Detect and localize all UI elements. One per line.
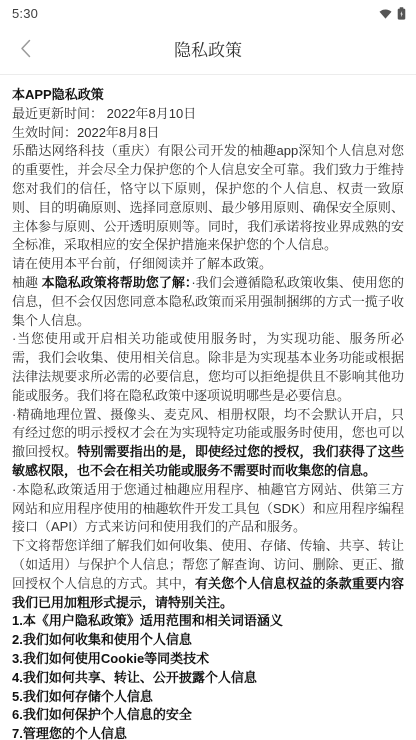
policy-paragraph: 请在使用本平台前，仔细阅读并了解本政策。: [12, 255, 404, 274]
policy-text-bold: 5.我们如何存储个人信息: [12, 689, 153, 704]
policy-paragraph: 乐酷达网络科技（重庆）有限公司开发的柚趣app深知个人信息对您的重要性，并会尽全…: [12, 142, 404, 255]
nav-bar: 隐私政策: [0, 23, 416, 75]
policy-text-bold: 本APP隐私政策: [12, 87, 104, 102]
policy-paragraph: 下文将帮您详细了解我们如何收集、使用、存储、传输、共享、转让（如适用）与保护个人…: [12, 537, 404, 612]
battery-charging-icon: [397, 7, 406, 20]
policy-paragraph: 柚趣 本隐私政策将帮助您了解：·我们会遵循隐私政策收集、使用您的信息，但不会仅因…: [12, 274, 404, 330]
policy-paragraph: 最近更新时间： 2022年8月10日: [12, 105, 404, 124]
policy-paragraph: 6.我们如何保护个人信息的安全: [12, 706, 404, 725]
policy-text: 最近更新时间： 2022年8月10日: [12, 106, 196, 121]
policy-paragraph: ·精确地理位置、摄像头、麦克风、相册权限，均不会默认开启，只有经过您的明示授权才…: [12, 406, 404, 481]
policy-text-bold: 7.管理您的个人信息: [12, 726, 127, 740]
back-button[interactable]: [12, 23, 40, 74]
policy-paragraph: 3.我们如何使用Cookie等同类技术: [12, 650, 404, 669]
policy-text: 乐酷达网络科技（重庆）有限公司开发的柚趣app深知个人信息对您的重要性，并会尽全…: [12, 143, 404, 252]
policy-paragraph: 1.本《用户隐私政策》适用范围和相关词语涵义: [12, 612, 404, 631]
policy-paragraph: 5.我们如何存储个人信息: [12, 688, 404, 707]
policy-text: ·本隐私政策适用于您通过柚趣应用程序、柚趣官方网站、供第三方网站和应用程序使用的…: [12, 482, 404, 535]
policy-text: 请在使用本平台前，仔细阅读并了解本政策。: [12, 256, 272, 271]
policy-text: 生效时间：2022年8月8日: [12, 125, 159, 140]
status-time: 5:30: [12, 6, 38, 21]
policy-text-bold: 4.我们如何共享、转让、公开披露个人信息: [12, 670, 257, 685]
status-icons: [379, 7, 406, 20]
policy-text: ·当您使用或开启相关功能或使用服务时，为实现功能、服务所必需，我们会收集、使用相…: [12, 331, 404, 402]
policy-paragraph: ·本隐私政策适用于您通过柚趣应用程序、柚趣官方网站、供第三方网站和应用程序使用的…: [12, 481, 404, 537]
policy-text-bold: 6.我们如何保护个人信息的安全: [12, 707, 192, 722]
policy-paragraph: 本APP隐私政策: [12, 86, 404, 105]
policy-text-bold: 本隐私政策将帮助您了解：: [42, 275, 192, 290]
status-bar: 5:30: [0, 0, 416, 23]
policy-paragraph: 4.我们如何共享、转让、公开披露个人信息: [12, 669, 404, 688]
policy-text-bold: 3.我们如何使用Cookie等同类技术: [12, 651, 209, 666]
page-title: 隐私政策: [174, 36, 242, 61]
policy-body: 本APP隐私政策最近更新时间： 2022年8月10日生效时间：2022年8月8日…: [0, 75, 416, 740]
policy-paragraph: ·当您使用或开启相关功能或使用服务时，为实现功能、服务所必需，我们会收集、使用相…: [12, 330, 404, 405]
policy-paragraph: 生效时间：2022年8月8日: [12, 124, 404, 143]
wifi-icon: [379, 8, 392, 19]
policy-paragraph: 2.我们如何收集和使用个人信息: [12, 631, 404, 650]
policy-paragraph: 7.管理您的个人信息: [12, 725, 404, 740]
chevron-left-icon: [20, 39, 32, 58]
policy-text-bold: 1.本《用户隐私政策》适用范围和相关词语涵义: [12, 613, 283, 628]
app-screen: 5:30 隐私政策 本APP隐私政策最近更新时间： 2022年8月10日生效时间…: [0, 0, 416, 740]
policy-text: 柚趣: [12, 275, 42, 290]
policy-text-bold: 2.我们如何收集和使用个人信息: [12, 632, 192, 647]
